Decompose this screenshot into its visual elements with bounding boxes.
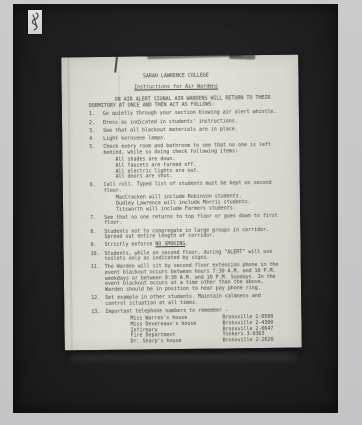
list-item: 7.See that no one returns to top floor o… <box>90 214 286 228</box>
document-page: SARAH LAWRENCE COLLEGE Instructions for … <box>61 55 302 351</box>
sub-item: Titsworth will include Farmers students. <box>116 205 282 213</box>
item-number: 6. <box>90 183 104 213</box>
item-number: 3. <box>89 129 103 135</box>
item-text: The Warden will sit by second floor exte… <box>105 263 283 293</box>
item-text: Check every room and bathroom to see tha… <box>103 143 281 181</box>
item-text: Students not to congregate in large grou… <box>104 227 282 240</box>
item-number: 12. <box>91 296 105 307</box>
photo-backdrop: SARAH LAWRENCE COLLEGE Instructions for … <box>0 0 362 425</box>
sub-item-list: All shades are down.All faucets are turn… <box>115 156 281 180</box>
item-text: Strictly enforce NO SMOKING. <box>104 241 282 249</box>
list-item: 1.Go quietly through your section blowin… <box>89 110 285 118</box>
phone-name: Dr. Sharp's house <box>131 338 223 345</box>
list-item: 3.See that all blackout materials are in… <box>89 126 285 134</box>
intro-paragraph: ON AIR ALERT SIGNAL AIR WARDENS WILL RET… <box>89 96 281 110</box>
phone-number: Bronxville 2-2620 <box>223 338 274 344</box>
list-item: 12.Set example in other students. Mainta… <box>91 294 287 308</box>
sub-item-list: MacCracken will include Robinson student… <box>116 194 282 213</box>
item-text: Go quietly through your section blowing … <box>103 110 281 118</box>
item-text: Dress as indicated in students' instruct… <box>103 118 281 126</box>
underlined-phrase: NO SMOKING <box>155 241 185 247</box>
list-item: 10.Students, while on second floor, duri… <box>91 249 287 263</box>
document-title: Instructions for Air Wardens <box>82 83 271 91</box>
item-number: 5. <box>89 145 103 181</box>
list-item: 13.Important telephone numbers to rememb… <box>91 307 287 345</box>
item-text: Students, while on second floor, during … <box>105 249 283 262</box>
instruction-list: 1.Go quietly through your section blowin… <box>82 110 288 345</box>
list-item: 8.Students not to congregate in large gr… <box>90 227 286 241</box>
phone-table: Miss Warren's houseBronxville 2-0500Miss… <box>130 315 283 345</box>
item-number: 10. <box>91 252 105 263</box>
sub-item: All doors are shut. <box>116 173 282 181</box>
item-text: See that all blackout materials are in p… <box>103 127 281 135</box>
photo-mount: SARAH LAWRENCE COLLEGE Instructions for … <box>13 4 338 413</box>
item-number: 8. <box>90 230 104 241</box>
typewritten-text: SARAH LAWRENCE COLLEGE Instructions for … <box>61 55 302 351</box>
item-number: 11. <box>91 265 105 293</box>
corner-label <box>28 10 42 34</box>
list-item: 6.Call roll. Typed list of students must… <box>90 181 286 213</box>
item-number: 9. <box>90 243 104 249</box>
item-text: Important telephone numbers to remember … <box>105 307 283 345</box>
list-item: 2.Dress as indicated in students' instru… <box>89 118 285 126</box>
item-text: Call roll. Typed list of students must b… <box>104 181 282 213</box>
list-item: 11.The Warden will sit by second floor e… <box>91 263 287 293</box>
item-number: 1. <box>89 112 103 118</box>
item-number: 4. <box>89 137 103 143</box>
college-name: SARAH LAWRENCE COLLEGE <box>81 73 270 81</box>
page-shadow <box>71 352 296 361</box>
item-number: 2. <box>89 121 103 127</box>
phone-row: Dr. Sharp's houseBronxville 2-2620 <box>131 337 284 344</box>
handwritten-mark-icon <box>28 10 42 34</box>
item-number: 13. <box>91 310 105 346</box>
item-text: See that no one returns to top floor or … <box>104 214 282 227</box>
item-number: 7. <box>90 216 104 227</box>
list-item: 5.Check every room and bathroom to see t… <box>89 143 285 181</box>
item-text: Set example in other students. Maintain … <box>105 294 283 307</box>
list-item: 9.Strictly enforce NO SMOKING. <box>90 241 286 249</box>
